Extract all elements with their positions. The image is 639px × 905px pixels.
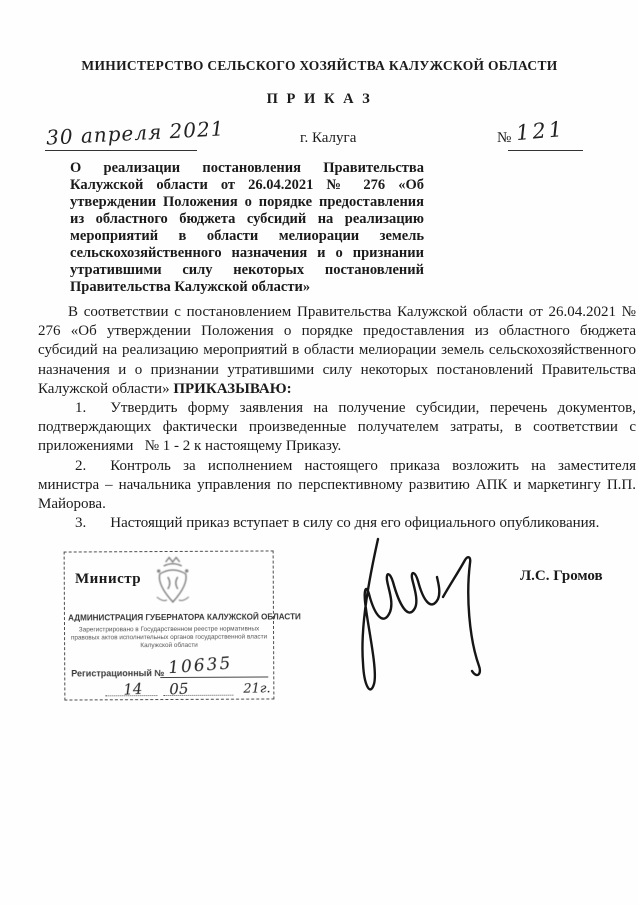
item-number: 3. bbox=[75, 515, 86, 531]
order-body: В соответствии с постановлением Правител… bbox=[38, 303, 636, 533]
order-subject: О реализации постановления Правительства… bbox=[70, 160, 424, 296]
document-page: МИНИСТЕРСТВО СЕЛЬСКОГО ХОЗЯЙСТВА КАЛУЖСК… bbox=[0, 0, 639, 905]
ministry-header: МИНИСТЕРСТВО СЕЛЬСКОГО ХОЗЯЙСТВА КАЛУЖСК… bbox=[0, 58, 639, 74]
doc-type-title: П Р И К А З bbox=[0, 91, 639, 108]
stamp-fine-print: Зарегистрировано в Государственном реест… bbox=[69, 625, 269, 651]
handwritten-date: 30 апреля 2021 bbox=[45, 116, 224, 149]
stamp-org-name: АДМИНИСТРАЦИЯ ГУБЕРНАТОРА КАЛУЖСКОЙ ОБЛА… bbox=[68, 611, 270, 622]
coat-of-arms-icon bbox=[145, 553, 201, 609]
order-item: 3.Настоящий приказ вступает в силу со дн… bbox=[38, 514, 636, 533]
stamp-date-month-handwritten: 05 bbox=[169, 680, 189, 699]
signer-title: Министр bbox=[75, 571, 141, 588]
order-item: 1.Утвердить форму заявления на получение… bbox=[38, 399, 636, 457]
item-text: Контроль за исполнением настоящего прика… bbox=[38, 458, 636, 512]
stamp-registration-label: Регистрационный № bbox=[71, 668, 164, 678]
preamble-paragraph: В соответствии с постановлением Правител… bbox=[38, 303, 636, 399]
stamp-date-year-handwritten: 21г. bbox=[243, 681, 270, 696]
stamp-fine-print-line: Калужской области bbox=[69, 642, 269, 651]
resolve-word: ПРИКАЗЫВАЮ: bbox=[173, 381, 291, 397]
stamp-date-day-handwritten: 14 bbox=[123, 680, 143, 699]
signer-name: Л.С. Громов bbox=[520, 568, 603, 585]
signature-scribble bbox=[333, 533, 505, 707]
item-text: Настоящий приказ вступает в силу со дня … bbox=[110, 515, 599, 531]
item-number: 1. bbox=[75, 400, 86, 416]
item-number: 2. bbox=[75, 458, 86, 474]
item-text: Утвердить форму заявления на получение с… bbox=[38, 400, 636, 454]
order-item: 2.Контроль за исполнением настоящего при… bbox=[38, 457, 636, 515]
city-label: г. Калуга bbox=[300, 130, 356, 147]
preamble-text: В соответствии с постановлением Правител… bbox=[38, 304, 636, 397]
handwritten-order-number: 121 bbox=[515, 117, 566, 145]
